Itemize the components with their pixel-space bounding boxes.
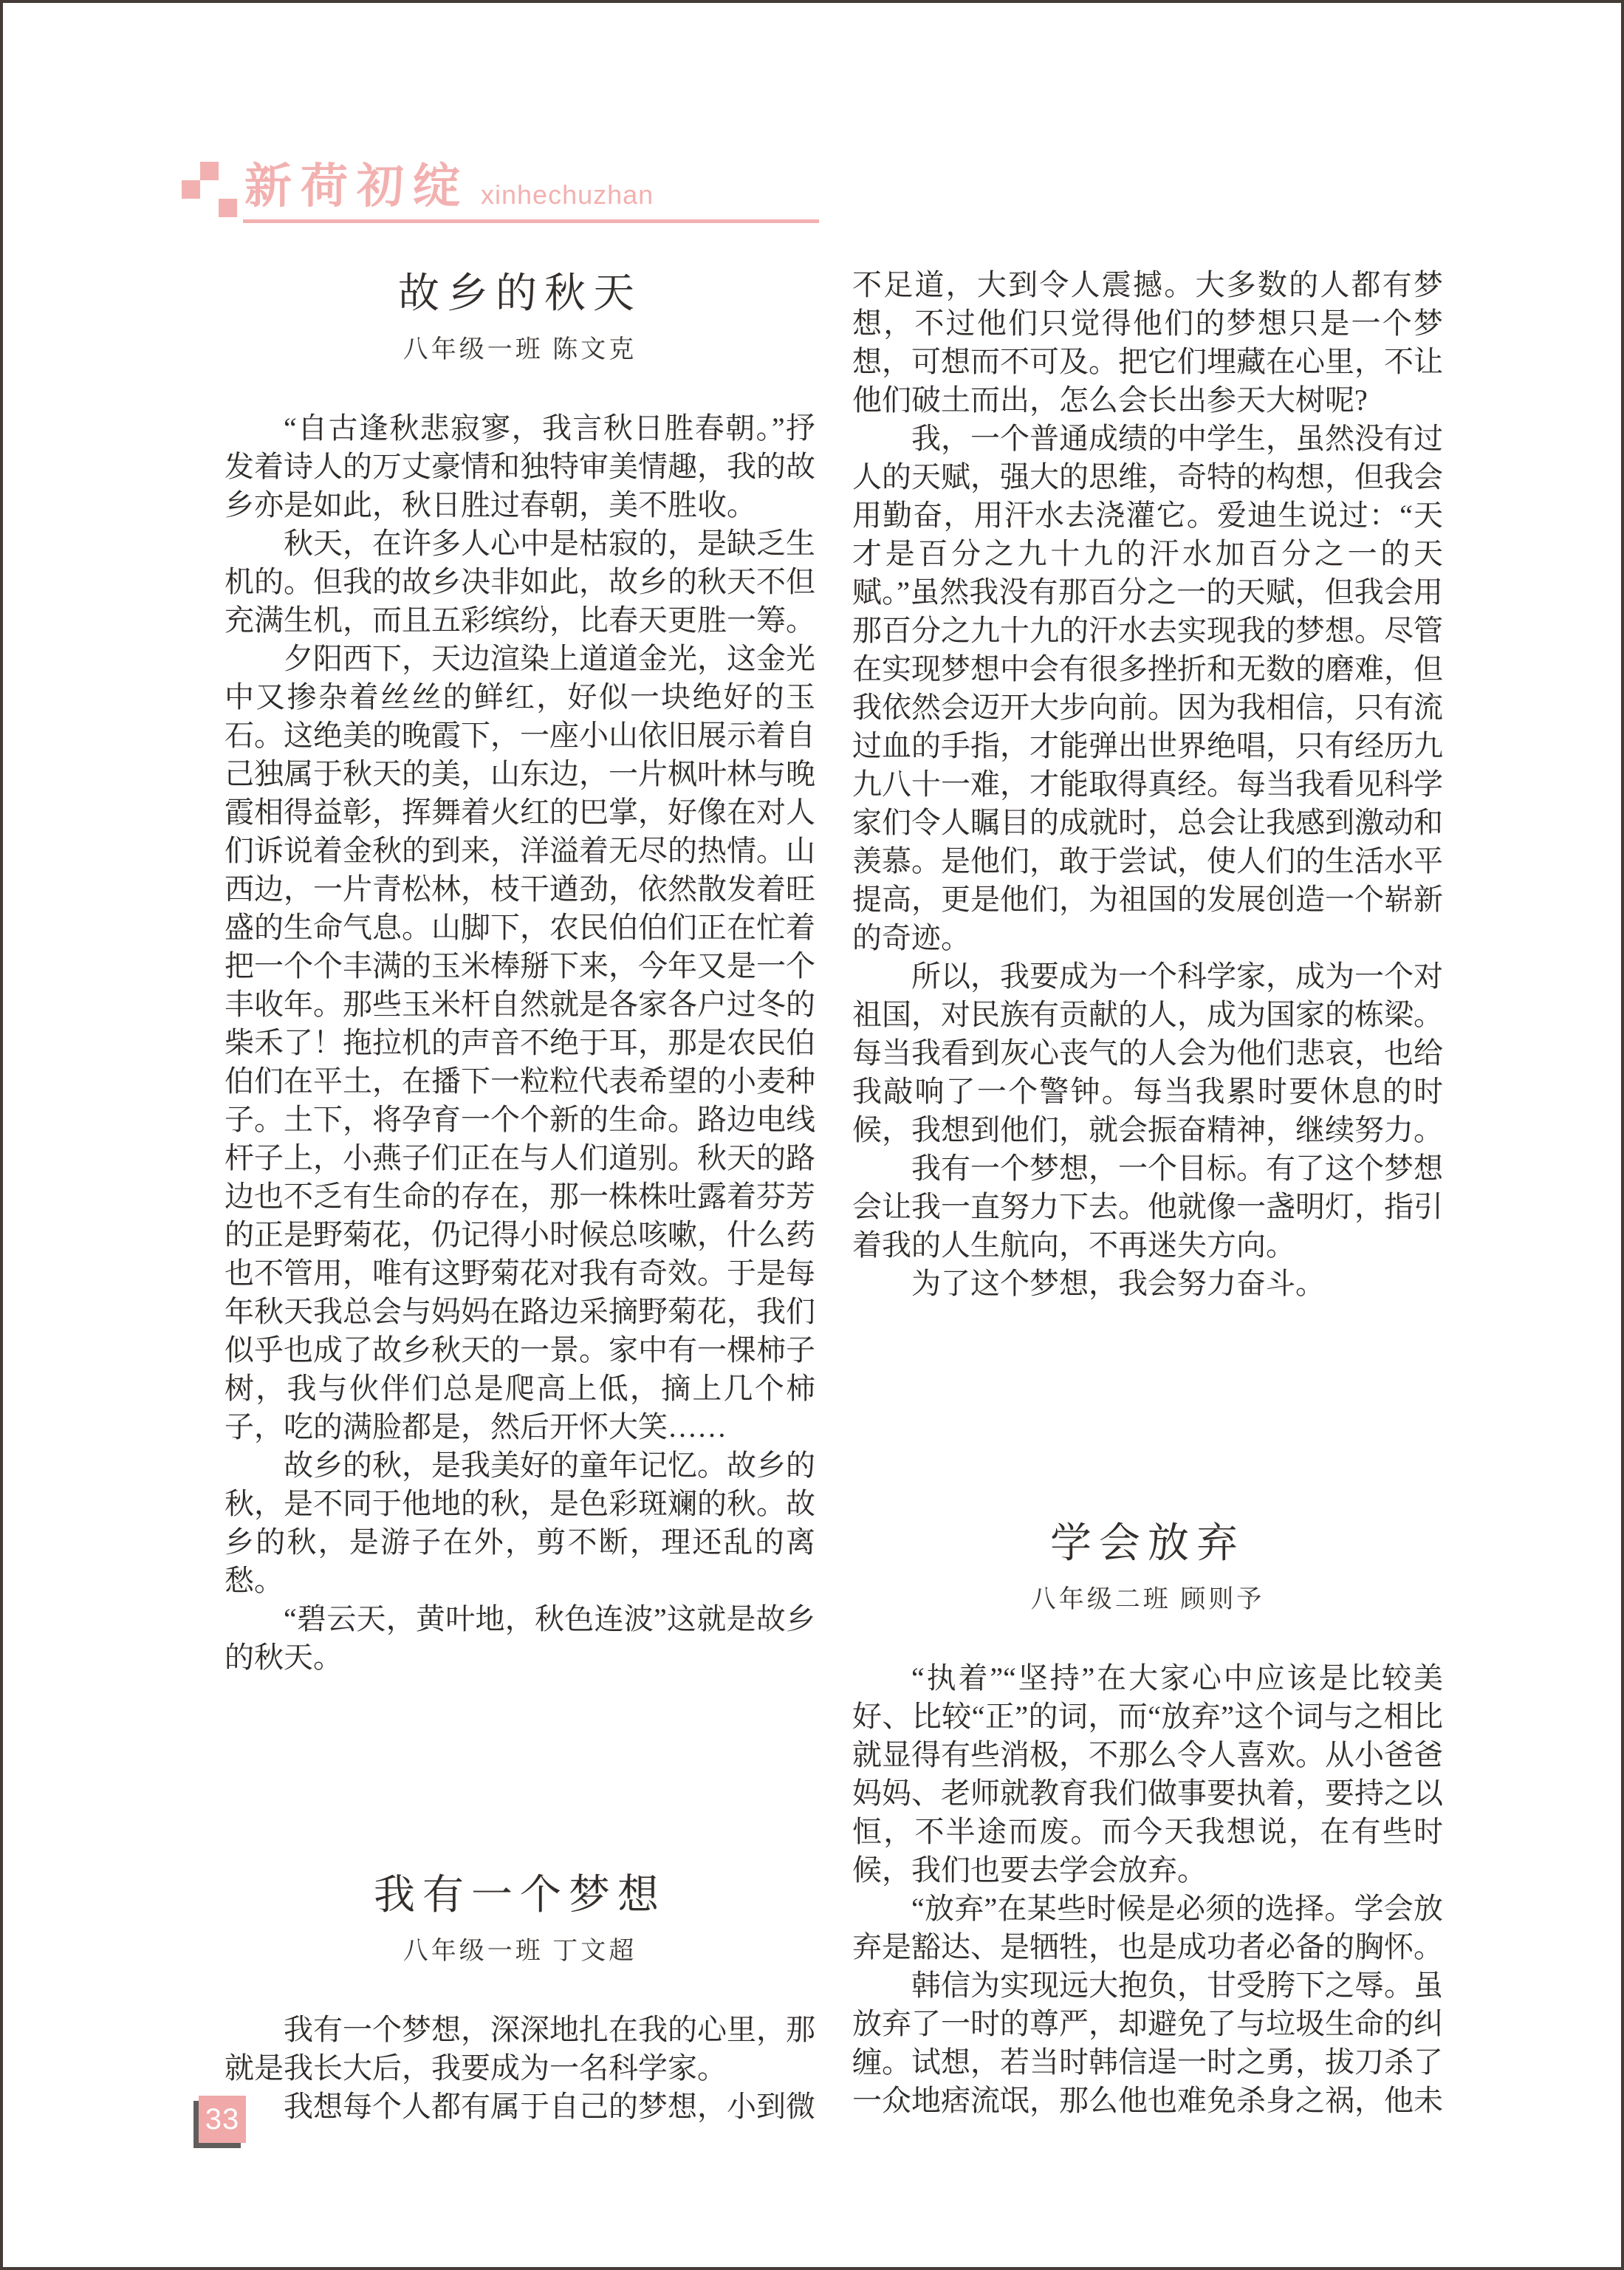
magazine-page: 新荷初绽 xinhechuzhan 故乡的秋天八年级一班 陈文克“自古逢秋悲寂寥… (0, 0, 1624, 2270)
article-byline: 八年级二班 顾则予 (852, 1582, 1443, 1618)
column-right: 不足道，大到令人震撼。大多数的人都有梦想，不过他们只觉得他们的梦想只是一个梦想，… (852, 266, 1443, 2120)
article-title: 学会放弃 (852, 1517, 1443, 1570)
paragraph: 我，一个普通成绩的中学生，虽然没有过人的天赋，强大的思维，奇特的构想，但我会用勤… (852, 420, 1443, 957)
article-title: 我有一个梦想 (225, 1869, 815, 1922)
paragraph: “碧云天，黄叶地，秋色连波”这就是故乡的秋天。 (225, 1600, 815, 1677)
article-title: 故乡的秋天 (225, 267, 815, 321)
paragraph: 我有一个梦想，一个目标。有了这个梦想会让我一直努力下去。他就像一盏明灯，指引着我… (852, 1149, 1443, 1265)
masthead-title: 新荷初绽 (244, 160, 469, 213)
checker-square-icon (200, 162, 219, 180)
paragraph: “自古逢秋悲寂寥，我言秋日胜春朝。”抒发着诗人的万丈豪情和独特审美情趣，我的故乡… (225, 409, 815, 524)
checker-square-icon (219, 199, 237, 217)
paragraph: 所以，我要成为一个科学家，成为一个对祖国，对民族有贡献的人，成为国家的栋梁。每当… (852, 957, 1443, 1149)
masthead-subtitle: xinhechuzhan (481, 179, 654, 213)
paragraph: 夕阳西下，天边渲染上道道金光，这金光中又掺杂着丝丝的鲜红，好似一块绝好的玉石。这… (225, 640, 815, 1446)
paragraph: 秋天，在许多人心中是枯寂的，是缺乏生机的。但我的故乡决非如此，故乡的秋天不但充满… (225, 524, 815, 640)
column-left: 故乡的秋天八年级一班 陈文克“自古逢秋悲寂寥，我言秋日胜春朝。”抒发着诗人的万丈… (225, 260, 815, 2126)
paragraph: 为了这个梦想，我会努力奋斗。 (852, 1265, 1443, 1303)
paragraph: “执着”“坚持”在大家心中应该是比较美好、比较“正”的词，而“放弃”这个词与之相… (852, 1659, 1443, 1890)
article-byline: 八年级一班 丁文超 (225, 1934, 815, 1969)
masthead-underline (243, 219, 819, 223)
paragraph: 故乡的秋，是我美好的童年记忆。故乡的秋，是不同于他地的秋，是色彩斑斓的秋。故乡的… (225, 1446, 815, 1600)
paragraph: 韩信为实现远大抱负，甘受胯下之辱。虽放弃了一时的尊严，却避免了与垃圾生命的纠缠。… (852, 1966, 1443, 2120)
checker-square-icon (182, 180, 200, 199)
page-number-badge: 33 (199, 2096, 246, 2143)
article-byline: 八年级一班 陈文克 (225, 332, 815, 368)
paragraph: 不足道，大到令人震撼。大多数的人都有梦想，不过他们只觉得他们的梦想只是一个梦想，… (852, 266, 1443, 420)
paragraph: “放弃”在某些时候是必须的选择。学会放弃是豁达、是牺牲，也是成功者必备的胸怀。 (852, 1890, 1443, 1966)
column-spacer (852, 1303, 1443, 1510)
paragraph: 我想每个人都有属于自己的梦想，小到微 (225, 2088, 815, 2126)
paragraph: 我有一个梦想，深深地扎在我的心里，那就是我长大后，我要成为一名科学家。 (225, 2011, 815, 2088)
column-spacer (225, 1677, 815, 1862)
